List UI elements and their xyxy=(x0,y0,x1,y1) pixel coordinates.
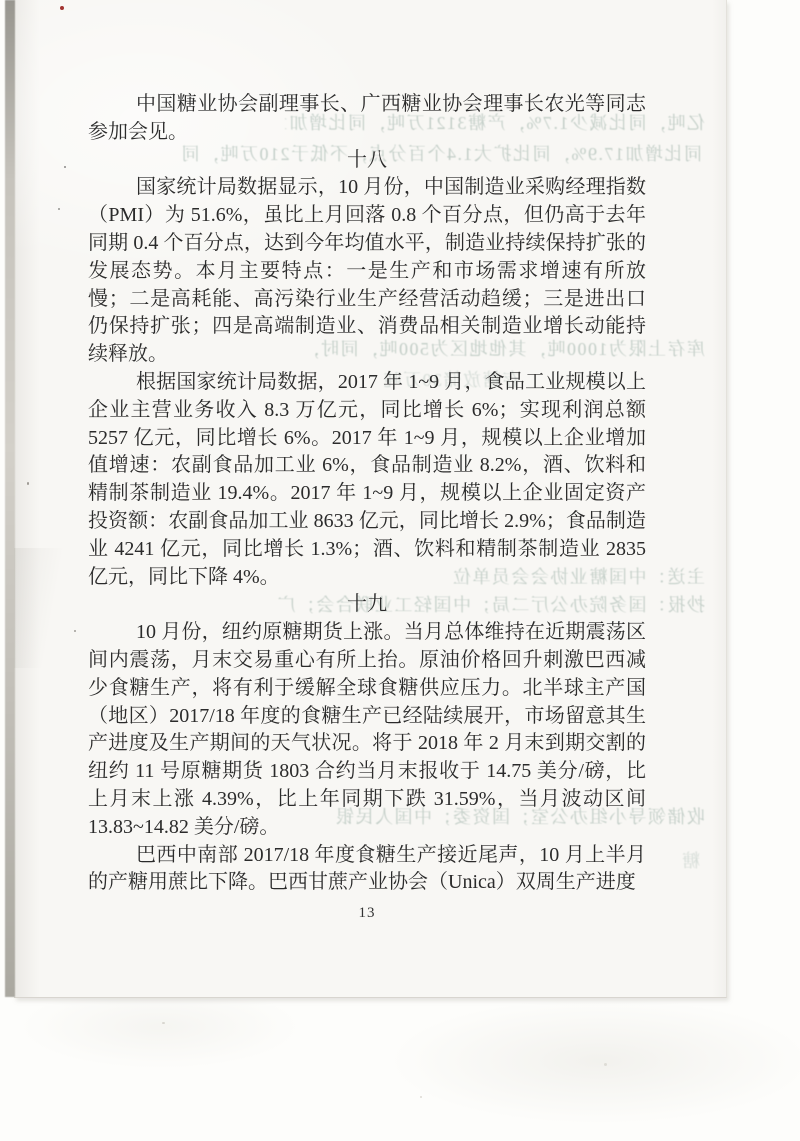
section-18-para-pmi: 国家统计局数据显示，10 月份，中国制造业采购经理指数（PMI）为 51.6%，… xyxy=(88,174,646,369)
left-scan-edge-shadow xyxy=(5,0,15,997)
section-18-heading: 十八 xyxy=(88,147,646,175)
paper-crease xyxy=(14,548,84,668)
scan-speck xyxy=(162,1022,165,1024)
scan-speck xyxy=(64,166,66,168)
intro-paragraph: 中国糖业协会副理事长、广西糖业协会理事长农光等同志参加会见。 xyxy=(88,91,646,147)
scanned-document-page: 亿吨，同比减少1.7%，产糖3121万吨，同比增加18 同比增加17.9%，同比… xyxy=(0,0,800,1141)
red-ink-speck xyxy=(60,6,64,10)
document-text-block: 中国糖业协会副理事长、广西糖业协会理事长农光等同志参加会见。 十八 国家统计局数… xyxy=(88,91,646,897)
section-19-para-sugar-futures: 10 月份，纽约原糖期货上涨。当月总体维持在近期震荡区间内震荡，月末交易重心有所… xyxy=(88,619,646,841)
section-19-para-brazil: 巴西中南部 2017/18 年度食糖生产接近尾声，10 月上半月的产糖用蔗比下降… xyxy=(88,842,646,898)
scan-speck xyxy=(58,208,60,210)
scan-speck xyxy=(604,1063,607,1066)
scan-speck xyxy=(74,630,76,632)
scan-speck xyxy=(420,1096,422,1098)
page-number: 13 xyxy=(88,905,646,922)
section-18-para-food-industry: 根据国家统计局数据，2017 年 1~9 月，食品工业规模以上企业主营业务收入 … xyxy=(88,369,646,591)
scan-speck xyxy=(27,482,29,485)
section-19-heading: 十九 xyxy=(88,591,646,619)
